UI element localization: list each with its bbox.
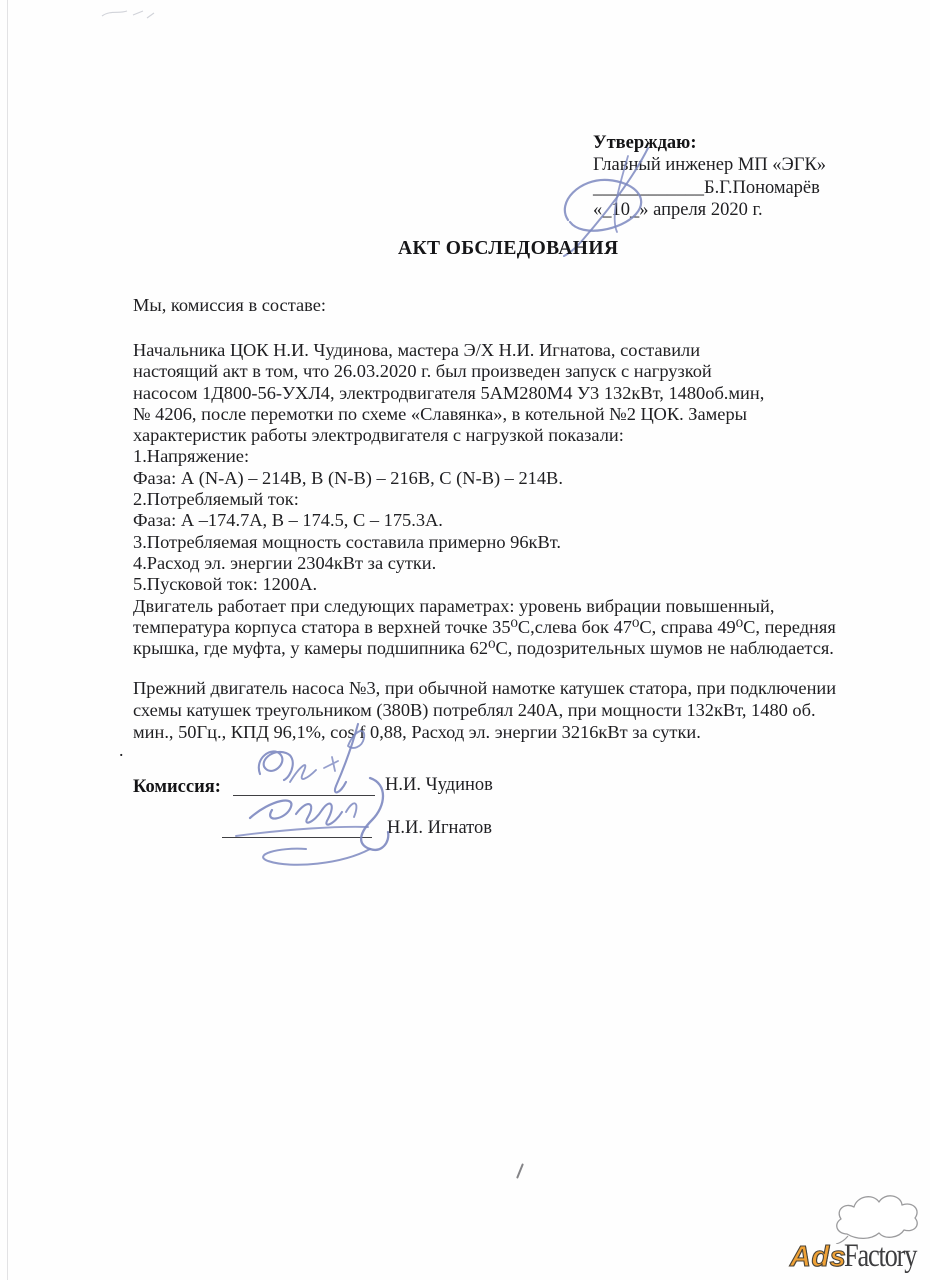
body-paragraph-2: Прежний двигатель насоса №3, при обычной… xyxy=(133,677,836,743)
body-line: 1.Напряжение: xyxy=(133,446,836,467)
body-line: схемы катушек треугольником (380В) потре… xyxy=(133,699,836,721)
member-2-signature-scrawl xyxy=(218,772,463,872)
body-line: 4.Расход эл. энергии 2304кВт за сутки. xyxy=(133,553,836,574)
body-line: Прежний двигатель насоса №3, при обычной… xyxy=(133,677,836,699)
intro-line: Мы, комиссия в составе: xyxy=(133,295,326,316)
body-line: 2.Потребляемый ток: xyxy=(133,489,836,510)
body-line: Фаза: А –174.7А, В – 174.5, С – 175.3А. xyxy=(133,510,836,531)
scanned-document-page: Утверждаю: Главный инженер МП «ЭГК» ____… xyxy=(0,0,930,1280)
body-line: мин., 50Гц., КПД 96,1%, cos f 0,88, Расх… xyxy=(133,721,836,743)
watermark-factory-text: Factory xyxy=(844,1238,916,1275)
stray-period: . xyxy=(119,740,124,761)
body-line: крышка, где муфта, у камеры подшипника 6… xyxy=(133,638,836,659)
scan-edge-artifact xyxy=(7,0,8,1280)
stray-pen-mark xyxy=(516,1163,524,1179)
body-line: Начальника ЦОК Н.И. Чудинова, мастера Э/… xyxy=(133,340,836,361)
body-line: настоящий акт в том, что 26.03.2020 г. б… xyxy=(133,361,836,382)
body-line: № 4206, после перемотки по схеме «Славян… xyxy=(133,404,836,425)
body-paragraph-1: Начальника ЦОК Н.И. Чудинова, мастера Э/… xyxy=(133,340,836,659)
watermark-logo: AdsFactory xyxy=(790,1238,930,1275)
body-line: температура корпуса статора в верхней то… xyxy=(133,617,836,638)
body-line: 3.Потребляемая мощность составила пример… xyxy=(133,532,836,553)
body-line: Фаза: А (N-A) – 214В, В (N-B) – 216В, С … xyxy=(133,468,836,489)
body-line: 5.Пусковой ток: 1200А. xyxy=(133,574,836,595)
commission-label: Комиссия: xyxy=(133,777,221,798)
body-line: насосом 1Д800-56-УХЛ4, электродвигателя … xyxy=(133,383,836,404)
watermark-ads-text: Ads xyxy=(790,1241,846,1274)
smoke-cloud-icon xyxy=(830,1186,924,1244)
approval-signer-name: Б.Г.Пономарёв xyxy=(704,178,820,198)
document-title: АКТ ОБСЛЕДОВАНИЯ xyxy=(398,238,618,260)
body-line: характеристик работы электродвигателя с … xyxy=(133,425,836,446)
faint-pencil-marks xyxy=(100,5,158,23)
body-line: Двигатель работает при следующих парамет… xyxy=(133,596,836,617)
